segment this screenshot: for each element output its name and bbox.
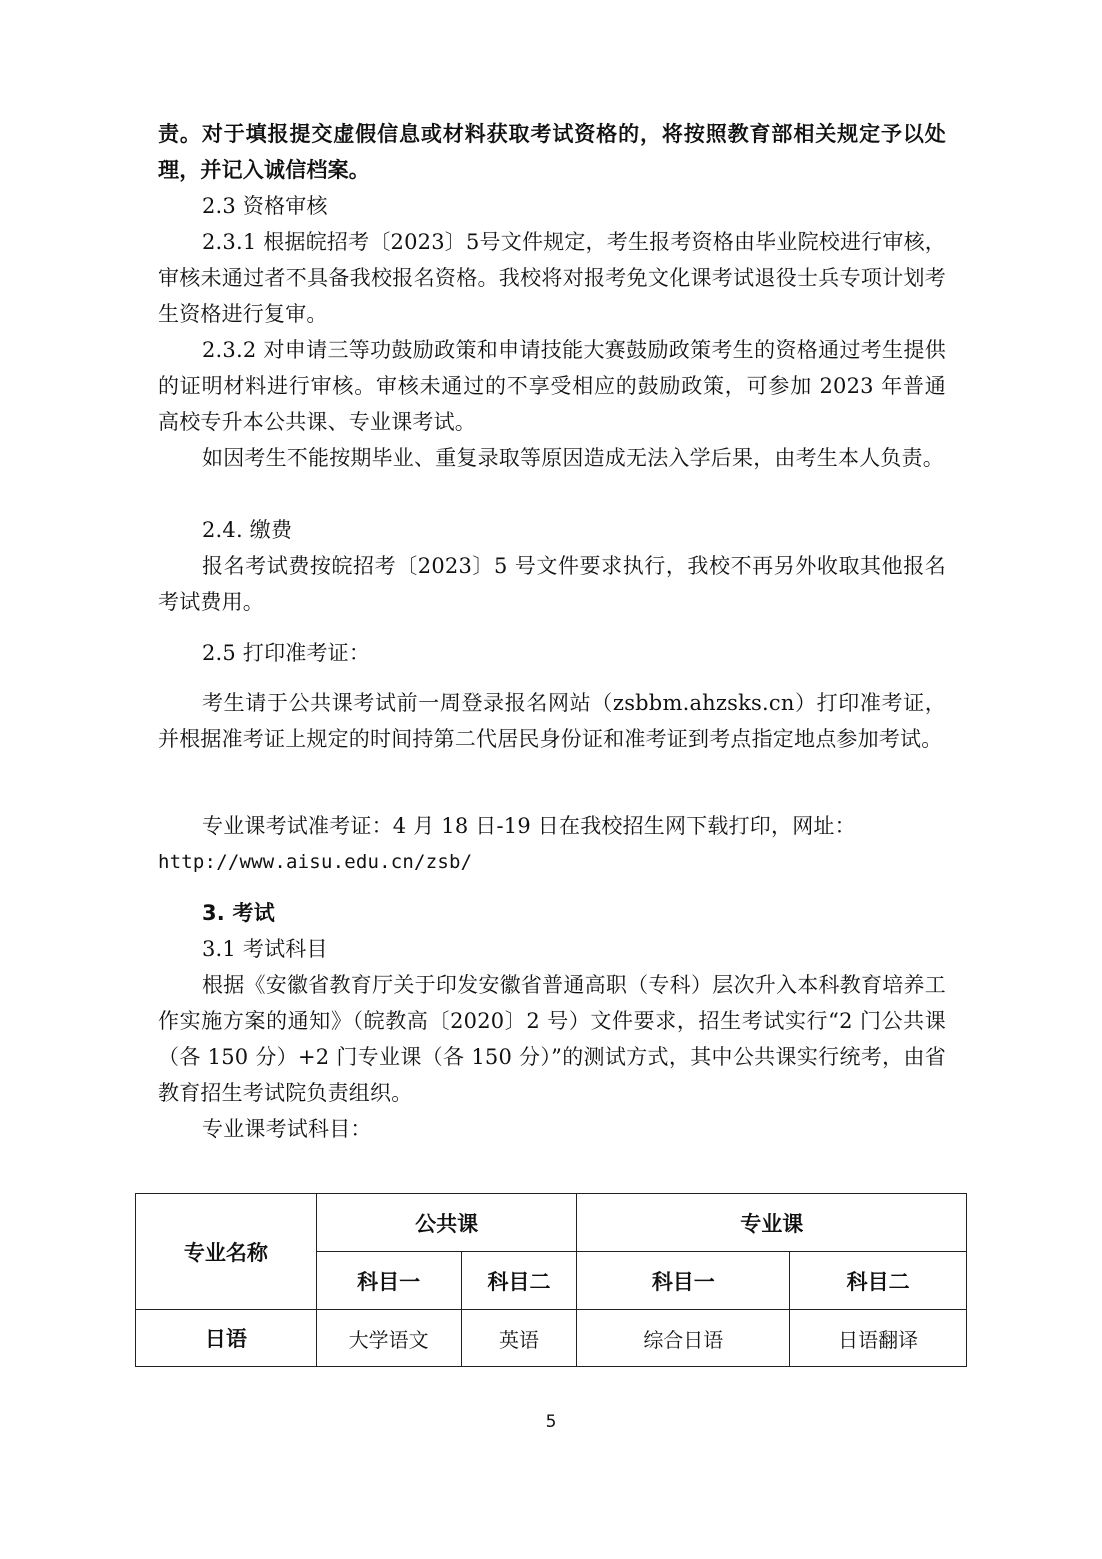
paragraph-2-4-fees: 报名考试费按皖招考〔2023〕5 号文件要求执行，我校不再另外收取其他报名考试费… bbox=[158, 548, 946, 620]
table-row: 日语 大学语文 英语 综合日语 日语翻译 bbox=[136, 1310, 967, 1367]
cell-major-subject-1: 综合日语 bbox=[577, 1310, 790, 1367]
paragraph-2-3-2: 2.3.2 对申请三等功鼓励政策和申请技能大赛鼓励政策考生的资格通过考生提供的证… bbox=[158, 332, 946, 440]
paragraph-2-5-public-course-ticket: 考生请于公共课考试前一周登录报名网站（zsbbm.ahzsks.cn）打印准考证… bbox=[158, 685, 946, 757]
paragraph-integrity-warning: 责。对于填报提交虚假信息或材料获取考试资格的，将按照教育部相关规定予以处理，并记… bbox=[158, 116, 946, 188]
header-major-subject-1: 科目一 bbox=[577, 1252, 790, 1310]
header-major-name: 专业名称 bbox=[136, 1194, 317, 1310]
heading-2-4-payment: 2.4. 缴费 bbox=[158, 512, 946, 548]
admission-website-link[interactable]: http://www.aisu.edu.cn/zsb/ bbox=[158, 844, 946, 880]
page-number: 5 bbox=[0, 1412, 1102, 1432]
document-page: 责。对于填报提交虚假信息或材料获取考试资格的，将按照教育部相关规定予以处理，并记… bbox=[0, 0, 1102, 1559]
heading-2-5-print-admission-ticket: 2.5 打印准考证： bbox=[158, 635, 946, 671]
heading-2-3-qualification-review: 2.3 资格审核 bbox=[158, 188, 946, 224]
table-header-row-1: 专业名称 公共课 专业课 bbox=[136, 1194, 967, 1252]
cell-public-subject-2: 英语 bbox=[461, 1310, 577, 1367]
heading-3-1-exam-subjects: 3.1 考试科目 bbox=[158, 931, 946, 967]
cell-major: 日语 bbox=[136, 1310, 317, 1367]
exam-subjects-table: 专业名称 公共课 专业课 科目一 科目二 科目一 科目二 日语 大学语文 英语 … bbox=[135, 1193, 967, 1367]
cell-major-subject-2: 日语翻译 bbox=[790, 1310, 967, 1367]
paragraph-3-1-exam-policy: 根据《安徽省教育厅关于印发安徽省普通高职（专科）层次升入本科教育培养工作实施方案… bbox=[158, 967, 946, 1111]
paragraph-graduation-responsibility: 如因考生不能按期毕业、重复录取等原因造成无法入学后果，由考生本人负责。 bbox=[158, 440, 946, 476]
paragraph-major-exam-subjects-label: 专业课考试科目： bbox=[158, 1111, 946, 1147]
paragraph-2-3-1: 2.3.1 根据皖招考〔2023〕5号文件规定，考生报考资格由毕业院校进行审核，… bbox=[158, 224, 946, 332]
paragraph-2-5-major-course-ticket: 专业课考试准考证：4 月 18 日-19 日在我校招生网下载打印，网址： bbox=[158, 808, 946, 844]
header-public-subject-1: 科目一 bbox=[316, 1252, 461, 1310]
header-major-subject-2: 科目二 bbox=[790, 1252, 967, 1310]
header-major-course: 专业课 bbox=[577, 1194, 967, 1252]
heading-3-exam: 3. 考试 bbox=[158, 895, 946, 931]
header-public-course: 公共课 bbox=[316, 1194, 577, 1252]
cell-public-subject-1: 大学语文 bbox=[316, 1310, 461, 1367]
header-public-subject-2: 科目二 bbox=[461, 1252, 577, 1310]
